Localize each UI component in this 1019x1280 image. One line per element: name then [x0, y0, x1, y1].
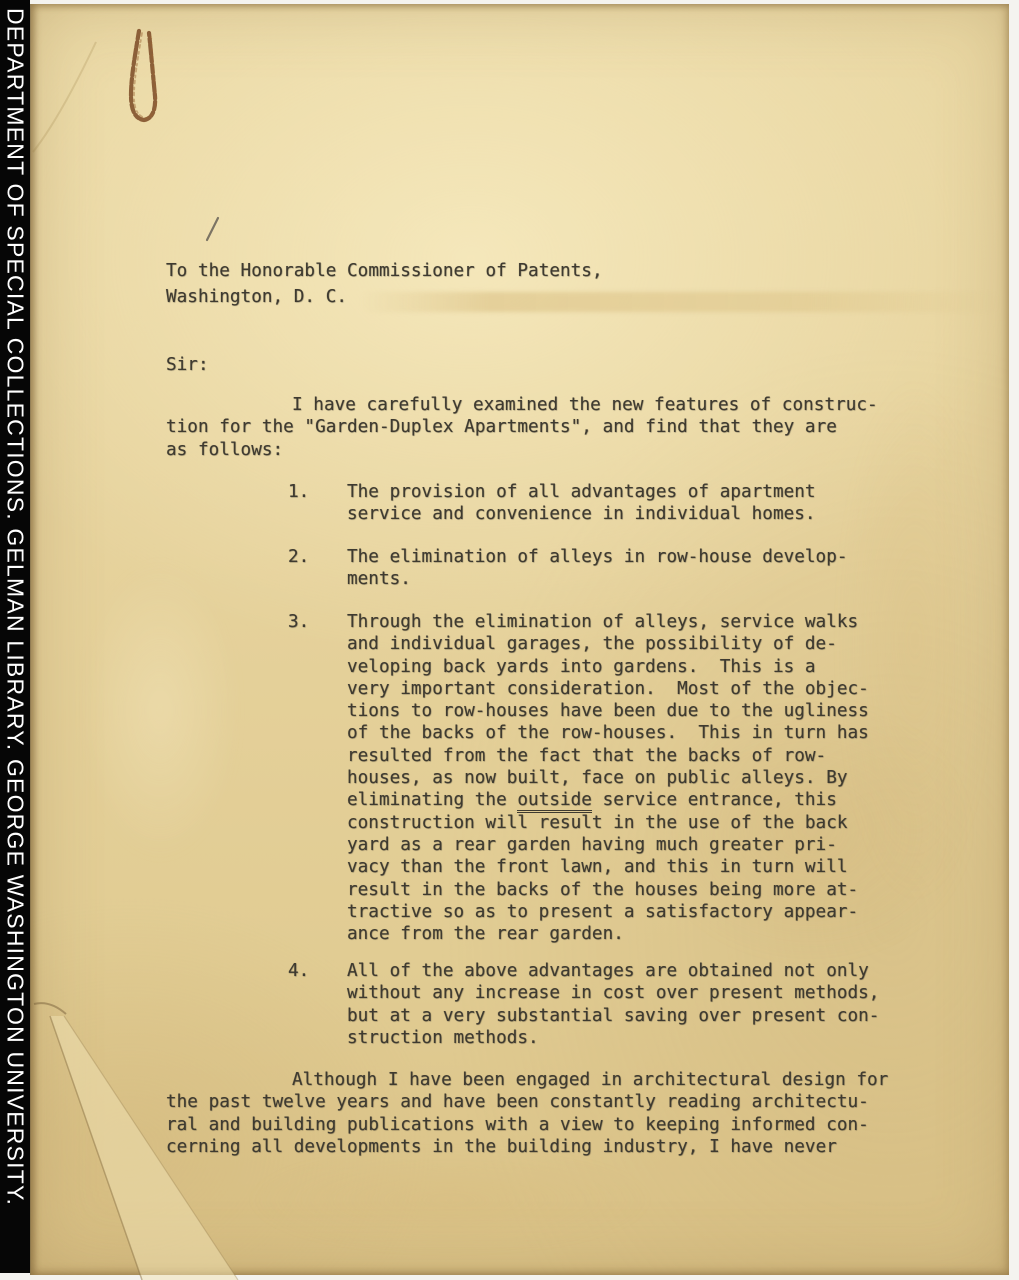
- letter-line: tractive so as to present a satisfactory…: [347, 901, 869, 923]
- letter-line: Through the elimination of alleys, servi…: [347, 611, 869, 633]
- typewritten-letter: To the Honorable Commissioner of Patents…: [0, 0, 1019, 1280]
- letter-line: The provision of all advantages of apart…: [347, 481, 816, 503]
- closing-paragraph: Although I have been engaged in architec…: [166, 1069, 888, 1158]
- letter-line: houses, as now built, face on public all…: [347, 767, 869, 789]
- item-number: 4.: [288, 960, 309, 982]
- recipient-line: Washington, D. C.: [166, 284, 603, 310]
- letter-line: tion for the "Garden-Duplex Apartments",…: [166, 416, 878, 438]
- letter-line: cerning all developments in the building…: [166, 1136, 888, 1158]
- letter-line: without any increase in cost over presen…: [347, 982, 879, 1004]
- letter-line-with-underline: eliminating the outside service entrance…: [347, 789, 869, 811]
- letter-line: yard as a rear garden having much greate…: [347, 834, 869, 856]
- letter-line: The elimination of alleys in row-house d…: [347, 546, 848, 568]
- item-number: 1.: [288, 481, 309, 503]
- archive-stamp-bar: DEPARTMENT OF SPECIAL COLLECTIONS. GELMA…: [0, 0, 30, 1273]
- letter-line: veloping back yards into gardens. This i…: [347, 656, 869, 678]
- item-number: 2.: [288, 546, 309, 568]
- letter-line: construction will result in the use of t…: [347, 812, 869, 834]
- letter-line: resulted from the fact that the backs of…: [347, 745, 869, 767]
- letter-line: but at a very substantial saving over pr…: [347, 1005, 879, 1027]
- letter-line: All of the above advantages are obtained…: [347, 960, 879, 982]
- line-segment: service entrance, this: [592, 790, 837, 810]
- archive-stamp-text: DEPARTMENT OF SPECIAL COLLECTIONS. GELMA…: [2, 0, 29, 1273]
- letter-line: ance from the rear garden.: [347, 923, 869, 945]
- letter-line: Although I have been engaged in architec…: [166, 1069, 888, 1091]
- recipient-address: To the Honorable Commissioner of Patents…: [166, 258, 603, 310]
- letter-line: as follows:: [166, 439, 878, 461]
- item-text: Through the elimination of alleys, servi…: [347, 611, 869, 945]
- recipient-line: To the Honorable Commissioner of Patents…: [166, 258, 603, 284]
- opening-paragraph: I have carefully examined the new featur…: [166, 394, 878, 461]
- item-number: 3.: [288, 611, 309, 633]
- item-text: All of the above advantages are obtained…: [347, 960, 879, 1049]
- letter-line: I have carefully examined the new featur…: [166, 394, 878, 416]
- line-segment: eliminating the: [347, 790, 517, 810]
- underlined-word: outside: [517, 790, 592, 813]
- letter-line: tions to row-houses have been due to the…: [347, 700, 869, 722]
- letter-line: ral and building publications with a vie…: [166, 1114, 888, 1136]
- salutation: Sir:: [166, 354, 209, 376]
- letter-line: ments.: [347, 568, 848, 590]
- letter-line: the past twelve years and have been cons…: [166, 1091, 888, 1113]
- item-text: The elimination of alleys in row-house d…: [347, 546, 848, 591]
- letter-line: and individual garages, the possibility …: [347, 633, 869, 655]
- letter-line: struction methods.: [347, 1027, 879, 1049]
- letter-line: result in the backs of the houses being …: [347, 879, 869, 901]
- letter-line: very important consideration. Most of th…: [347, 678, 869, 700]
- letter-line: of the backs of the row-houses. This in …: [347, 722, 869, 744]
- item-text: The provision of all advantages of apart…: [347, 481, 816, 526]
- letter-line: vacy than the front lawn, and this in tu…: [347, 856, 869, 878]
- letter-line: service and convenience in individual ho…: [347, 503, 816, 525]
